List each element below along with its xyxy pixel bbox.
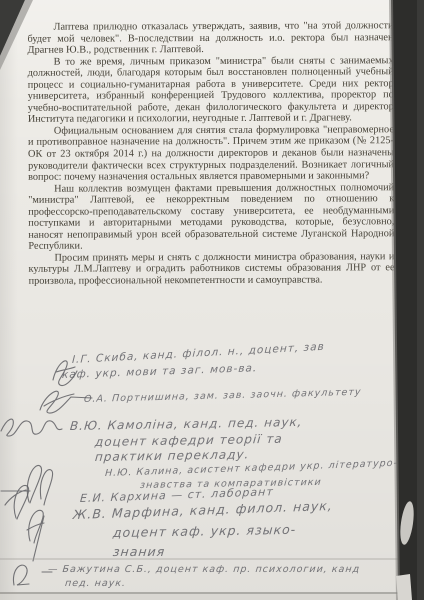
scanner-band-highlight — [417, 0, 424, 600]
signature-text: В.Ю. Камоліна, канд. пед. наук, — [69, 415, 303, 433]
signature-text: доцент каф. укр. языко- — [112, 522, 297, 540]
scan-fold-line — [0, 558, 400, 560]
page-bottom-edge-line — [0, 592, 410, 594]
letter-paragraph: Наш коллектив возмущен фактами превышени… — [28, 182, 394, 253]
signature-text: пед. наук. — [64, 578, 126, 589]
scanner-shadow-top-left — [0, 0, 25, 56]
page-corner-curl — [398, 500, 416, 545]
page-corner-bottom-right — [396, 574, 412, 600]
signature-scribble — [1, 485, 30, 519]
signature-text: знания — [112, 544, 166, 559]
letter-paragraph: Официальным основанием для снятия стала … — [28, 124, 394, 183]
signature-text: практики перекладу. — [94, 447, 250, 464]
letter-body: Лаптева прилюдно отказалась утверждать, … — [27, 20, 394, 287]
page-bottom-margin — [0, 594, 424, 600]
letter-paragraph: В то же время, личным приказом "министра… — [28, 55, 394, 126]
paper-left-crease — [0, 0, 18, 600]
signature-text: О.А. Портнишина, зам. зав. заочн. факуль… — [84, 387, 362, 405]
signature-scribble — [13, 565, 52, 585]
letter-paragraph: Просим принять меры и снять с должности … — [28, 251, 394, 287]
scanner-background-right — [391, 0, 424, 600]
signature-text: — Бажутина С.Б., доцент каф. пр. психоло… — [47, 564, 360, 575]
signature-scribble — [27, 465, 52, 505]
signature-scribble — [1, 419, 62, 436]
letter-paragraph: Лаптева прилюдно отказалась утверждать, … — [27, 20, 393, 56]
signature-scribble — [27, 510, 44, 561]
signature-text: І.Г. Скиба, канд. філол. н., доцент, зав — [72, 341, 325, 366]
signature-text: доцент кафедри теорії та — [94, 432, 283, 449]
